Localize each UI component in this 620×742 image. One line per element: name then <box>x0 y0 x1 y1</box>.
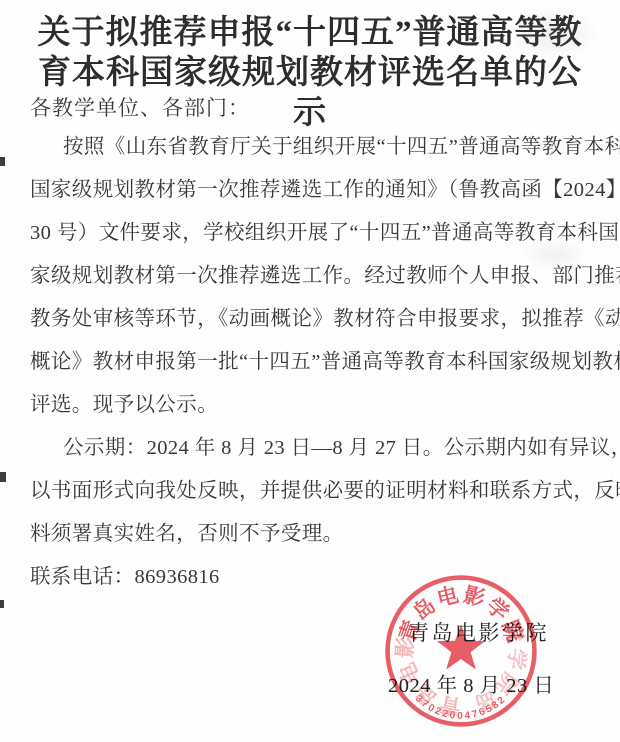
body-line: 公示期：2024 年 8 月 23 日—8 月 27 日。公示期内如有异议，请 <box>30 427 596 470</box>
seal-ghost-char: 学 <box>503 647 530 672</box>
seal-ghost-char: 影 <box>392 635 418 659</box>
scan-artifact <box>0 157 5 166</box>
scan-artifact <box>0 472 6 482</box>
page-title-line-1: 关于拟推荐申报“十四五”普通高等教 <box>24 13 596 53</box>
announcement-document: 关于拟推荐申报“十四五”普通高等教 育本科国家级规划教材评选名单的公示 各教学单… <box>0 0 620 742</box>
document-body: 按照《山东省教育厅关于组织开展“十四五”普通高等教育本科 国家级规划教材第一次推… <box>30 126 596 599</box>
body-line: 概论》教材申报第一批“十四五”普通高等教育本科国家级规划教材 <box>30 341 596 384</box>
body-line: 按照《山东省教育厅关于组织开展“十四五”普通高等教育本科 <box>30 126 596 169</box>
body-line: 料须署真实姓名，否则不予受理。 <box>30 513 596 556</box>
seal-star-icon <box>437 625 485 670</box>
body-line: 家级规划教材第一次推荐遴选工作。经过教师个人申报、部门推荐、 <box>30 255 596 298</box>
body-line: 以书面形式向我处反映，并提供必要的证明材料和联系方式，反映材 <box>30 470 596 513</box>
seal-ink: 青 岛 电 影 学 院 青 岛 电 影 学 院 青 岛 <box>388 578 538 728</box>
body-line: 评选。现予以公示。 <box>30 384 596 427</box>
seal-ring-char: 电 <box>434 582 461 611</box>
seal-ghost-char: 电 <box>394 659 425 689</box>
official-seal-stamp: 青 岛 电 影 学 院 青 岛 电 影 学 院 青 岛 <box>384 574 538 728</box>
salutation: 各教学单位、各部门： <box>30 92 250 122</box>
body-line: 国家级规划教材第一次推荐遴选工作的通知》（鲁教高函【2024】 <box>30 169 596 212</box>
body-line: 教务处审核等环节，《动画概论》教材符合申报要求，拟推荐《动画 <box>30 298 596 341</box>
seal-ghost-ring-2: 学 院 青 岛 <box>465 611 538 726</box>
body-line: 30 号）文件要求，学校组织开展了“十四五”普通高等教育本科国 <box>30 212 596 255</box>
scan-artifact <box>0 600 4 608</box>
